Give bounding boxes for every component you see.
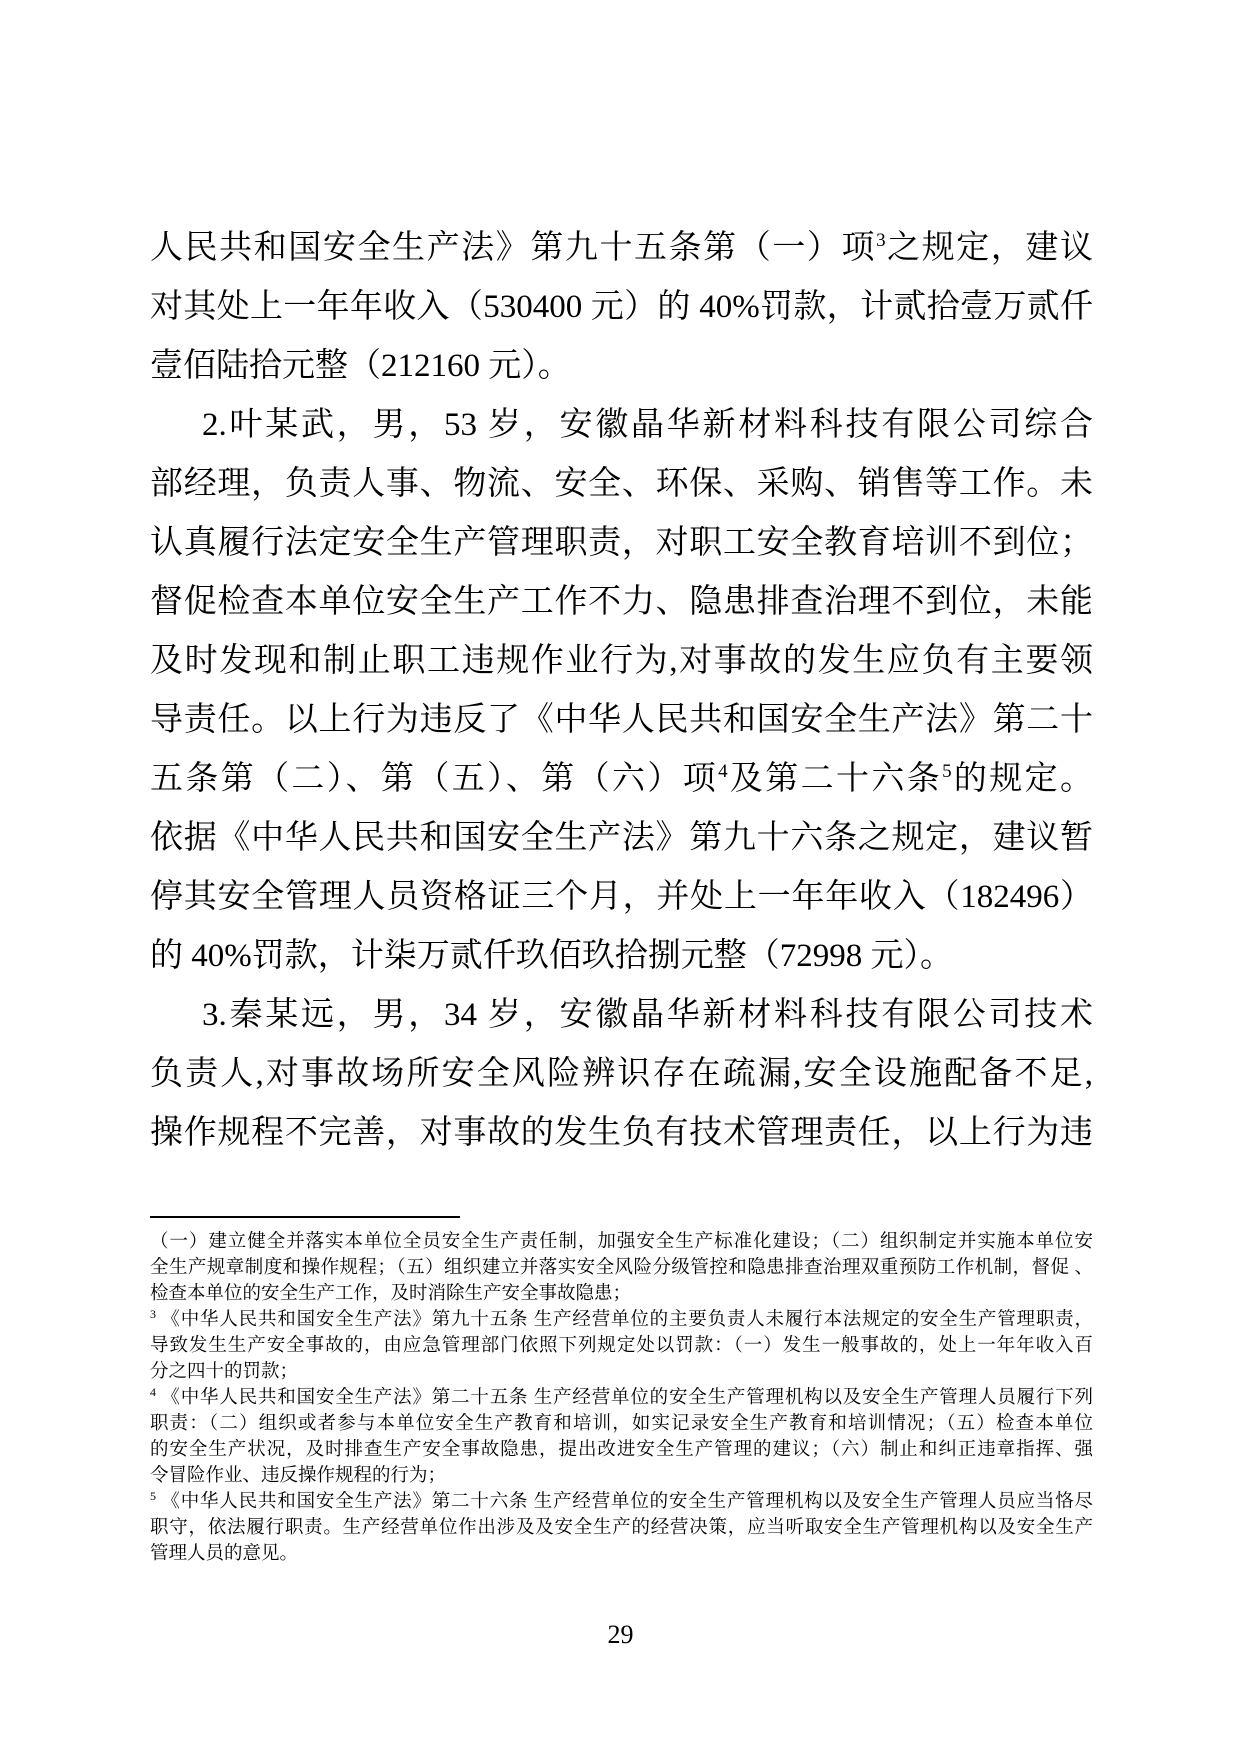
body-line-text: 五条第（二）、第（五）、第（六）项: [150, 761, 718, 797]
body-line: 人民共和国安全生产法》第九十五条第（一）项3之规定，建议: [150, 219, 1093, 278]
footnote-line: 5 《中华人民共和国安全生产法》第二十六条 生产经营单位的安全生产管理机构以及安…: [150, 1489, 1093, 1515]
body-line-text: 的规定。: [952, 761, 1093, 797]
body-line: 壹佰陆拾元整（212160 元）。: [150, 337, 1093, 396]
footnotes: （一）建立健全并落实本单位全员安全生产责任制，加强安全生产标准化建设；（二）组织…: [150, 1229, 1093, 1567]
footnote-line-text: 《中华人民共和国安全生产法》第九十五条 生产经营单位的主要负责人未履行本法规定的…: [156, 1310, 1093, 1330]
footnote-ref-5: 5: [942, 761, 952, 782]
page-number: 29: [0, 1620, 1241, 1650]
body-line-text: 及第二十六条: [728, 761, 943, 797]
footnote-line: 4 《中华人民共和国安全生产法》第二十五条 生产经营单位的安全生产管理机构以及安…: [150, 1385, 1093, 1411]
body-line: 2.叶某武，男，53 岁，安徽晶华新材料科技有限公司综合: [150, 396, 1093, 455]
footnote-line: 全生产规章制度和操作规程；（五）组织建立并落实安全风险分级管控和隐患排查治理双重…: [150, 1255, 1093, 1281]
footnote-separator: [150, 1216, 460, 1218]
body-line: 对其处上一年年收入（530400 元）的 40%罚款，计贰拾壹万贰仟: [150, 278, 1093, 337]
footnote-ref-4: 4: [718, 761, 728, 782]
body-line: 操作规程不完善，对事故的发生负有技术管理责任，以上行为违: [150, 1104, 1093, 1163]
footnote-line: （一）建立健全并落实本单位全员安全生产责任制，加强安全生产标准化建设；（二）组织…: [150, 1229, 1093, 1255]
footnote-line: 的安全生产状况，及时排查生产安全事故隐患，提出改进安全生产管理的建议；（六）制止…: [150, 1437, 1093, 1463]
body-text: 人民共和国安全生产法》第九十五条第（一）项3之规定，建议 对其处上一年年收入（5…: [150, 219, 1093, 1163]
footnote-line: 3 《中华人民共和国安全生产法》第九十五条 生产经营单位的主要负责人未履行本法规…: [150, 1307, 1093, 1333]
body-line: 及时发现和制止职工违规作业行为,对事故的发生应负有主要领: [150, 632, 1093, 691]
footnote-line: 检查本单位的安全生产工作，及时消除生产安全事故隐患；: [150, 1281, 1093, 1307]
footnote-line: 管理人员的意见。: [150, 1541, 1093, 1567]
body-line: 依据《中华人民共和国安全生产法》第九十六条之规定，建议暂: [150, 809, 1093, 868]
footnote-line: 职责：（二）组织或者参与本单位安全生产教育和培训，如实记录安全生产教育和培训情况…: [150, 1411, 1093, 1437]
document-page: 人民共和国安全生产法》第九十五条第（一）项3之规定，建议 对其处上一年年收入（5…: [0, 0, 1241, 1754]
body-line: 部经理，负责人事、物流、安全、环保、采购、销售等工作。未: [150, 455, 1093, 514]
footnote-line: 分之四十的罚款；: [150, 1359, 1093, 1385]
body-line: 五条第（二）、第（五）、第（六）项4及第二十六条5的规定。: [150, 750, 1093, 809]
body-line: 3.秦某远，男，34 岁，安徽晶华新材料科技有限公司技术: [150, 986, 1093, 1045]
body-line: 停其安全管理人员资格证三个月，并处上一年年收入（182496）: [150, 868, 1093, 927]
body-line-text: 人民共和国安全生产法》第九十五条第（一）项: [150, 230, 876, 266]
body-line: 的 40%罚款，计柒万贰仟玖佰玖拾捌元整（72998 元）。: [150, 927, 1093, 986]
body-line-text: 之规定，建议: [886, 230, 1093, 266]
footnote-line: 职守，依法履行职责。生产经营单位作出涉及及安全生产的经营决策，应当听取安全生产管…: [150, 1515, 1093, 1541]
body-line: 负责人,对事故场所安全风险辨识存在疏漏,安全设施配备不足,: [150, 1045, 1093, 1104]
footnote-line: 导致发生生产安全事故的，由应急管理部门依照下列规定处以罚款：（一）发生一般事故的…: [150, 1333, 1093, 1359]
footnote-line-text: 《中华人民共和国安全生产法》第二十六条 生产经营单位的安全生产管理机构以及安全生…: [156, 1492, 1093, 1512]
footnote-ref-3: 3: [876, 230, 886, 251]
body-line: 督促检查本单位安全生产工作不力、隐患排查治理不到位，未能: [150, 573, 1093, 632]
body-line: 认真履行法定安全生产管理职责，对职工安全教育培训不到位；: [150, 514, 1093, 573]
footnote-line-text: 《中华人民共和国安全生产法》第二十五条 生产经营单位的安全生产管理机构以及安全生…: [156, 1388, 1093, 1408]
footnote-line: 令冒险作业、违反操作规程的行为；: [150, 1463, 1093, 1489]
body-line: 导责任。以上行为违反了《中华人民共和国安全生产法》第二十: [150, 691, 1093, 750]
